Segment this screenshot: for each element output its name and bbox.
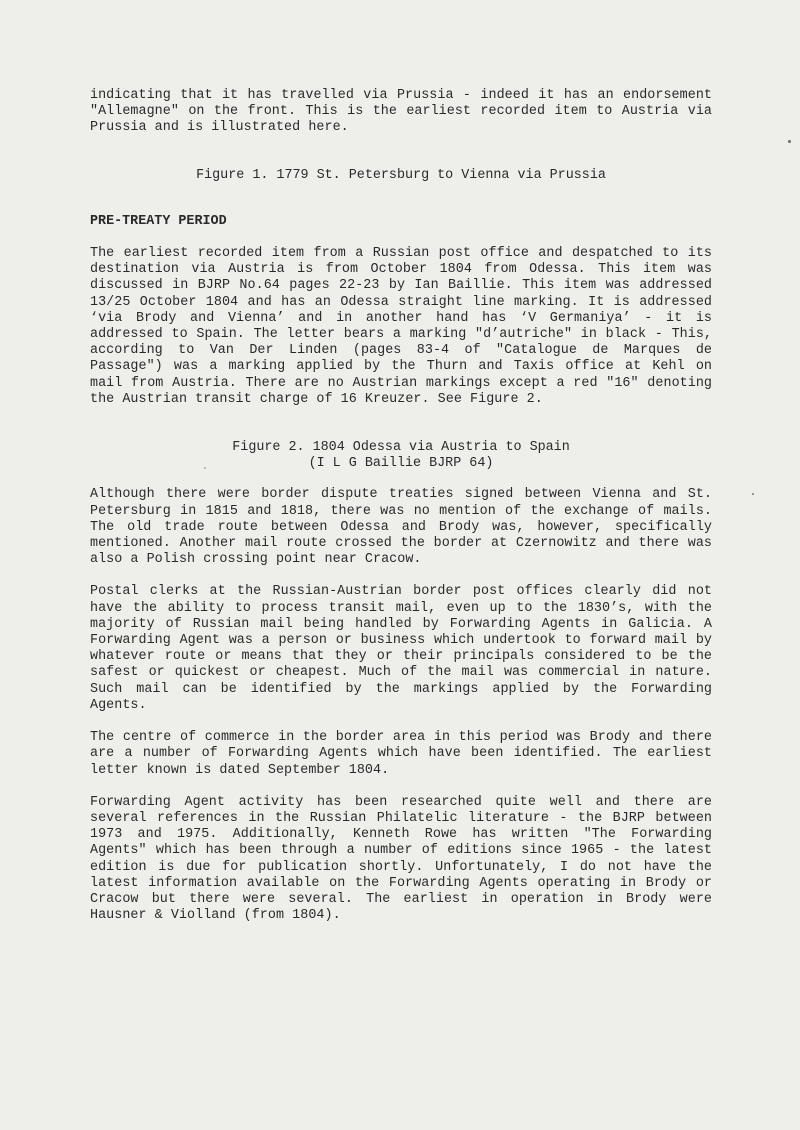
commerce-paragraph: The centre of commerce in the border are… bbox=[90, 730, 712, 779]
figure-2-caption-line-2: (I L G Baillie BJRP 64) bbox=[90, 456, 712, 472]
figure-2-caption-line-1: Figure 2. 1804 Odessa via Austria to Spa… bbox=[90, 440, 712, 456]
intro-paragraph: indicating that it has travelled via Pru… bbox=[90, 88, 712, 137]
pre-treaty-paragraph: The earliest recorded item from a Russia… bbox=[90, 246, 712, 408]
forwarding-agents-paragraph: Forwarding Agent activity has been resea… bbox=[90, 795, 712, 925]
document-page: indicating that it has travelled via Pru… bbox=[90, 88, 712, 924]
figure-2-caption: Figure 2. 1804 Odessa via Austria to Spa… bbox=[90, 440, 712, 472]
postal-clerks-paragraph: Postal clerks at the Russian-Austrian bo… bbox=[90, 584, 712, 714]
scan-speck bbox=[788, 140, 791, 143]
scan-speck bbox=[204, 467, 206, 469]
scan-speck bbox=[752, 493, 754, 495]
section-heading: PRE-TREATY PERIOD bbox=[90, 214, 712, 230]
figure-1-caption: Figure 1. 1779 St. Petersburg to Vienna … bbox=[90, 168, 712, 184]
treaties-paragraph: Although there were border dispute treat… bbox=[90, 487, 712, 568]
